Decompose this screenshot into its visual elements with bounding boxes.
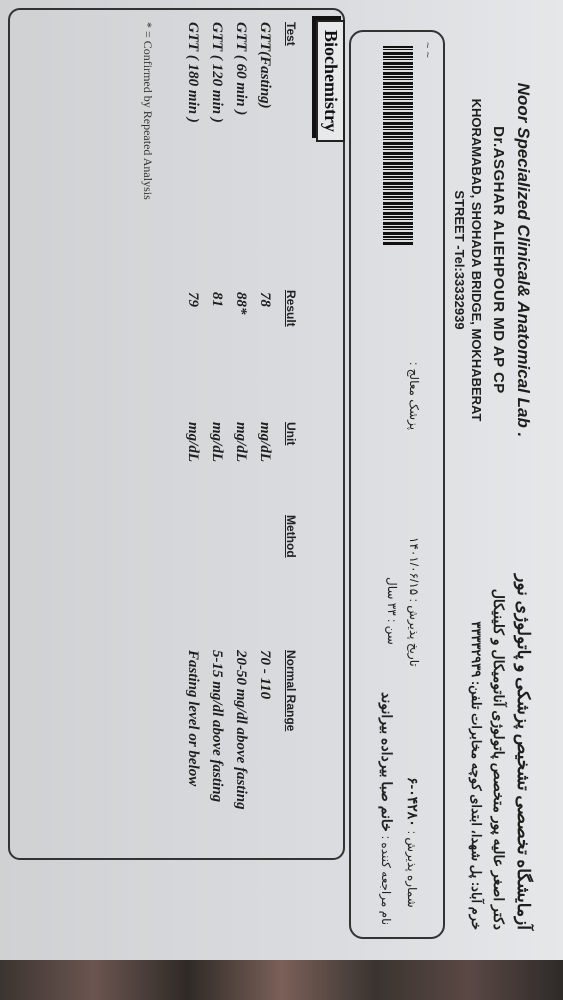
cell-result: 81 <box>208 292 225 307</box>
barcode <box>383 46 413 246</box>
age-label: سن : <box>385 619 399 645</box>
physician-label: پزشک معالج : <box>407 362 421 430</box>
reception-number-value: ۰۴۲۸۰-۶ <box>405 777 421 827</box>
section-title: Biochemistry <box>316 20 345 142</box>
lab-name-fa: آزمایشگاه تخصصی تشخیص پزشکی و پاتولوژی ن… <box>513 470 533 930</box>
column-header-test: Test <box>284 22 298 46</box>
cell-normal-range: 5-15 mg/dl above fasting <box>208 650 225 802</box>
column-header-unit: Unit <box>284 422 298 445</box>
footnote: * = Confirmed by Repeated Analysis <box>140 22 155 200</box>
patient-name-field: نام مراجعه کننده : خانم صبا بیرداده بیرا… <box>378 692 395 925</box>
handwritten-note: ~ ~ <box>421 42 433 58</box>
reception-date-label: تاریخ پذیرش : <box>407 599 421 667</box>
column-header-result: Result <box>284 290 298 327</box>
address-fa: خرم آباد: پل شهدا، ابتدای کوچه مخابرات ت… <box>468 470 484 930</box>
reception-date-value: ۱۴۰۱/۰۶/۱۵ <box>407 537 421 595</box>
cell-test: GTT ( 180 min ) <box>184 22 201 123</box>
lab-report-photo: Noor Specialized Clinical& Anatomical La… <box>0 0 563 960</box>
header-english: Noor Specialized Clinical& Anatomical La… <box>452 20 533 500</box>
cell-normal-range: 70 - 110 <box>256 650 273 699</box>
cell-result: 88* <box>232 292 249 315</box>
cell-normal-range: 20-50 mg/dl above fasting <box>232 650 249 810</box>
header-persian: آزمایشگاه تخصصی تشخیص پزشکی و پاتولوژی ن… <box>468 470 533 930</box>
doctor-name-en: Dr.ASGHAR ALIEHPOUR MD AP CP <box>490 20 507 500</box>
column-header-method: Method <box>284 515 298 558</box>
patient-name-label: نام مراجعه کننده : <box>379 836 393 925</box>
cell-unit: mg/dL <box>184 422 201 462</box>
cell-unit: mg/dL <box>232 422 249 462</box>
cell-test: GTT ( 60 min ) <box>232 22 249 115</box>
lab-report-paper: Noor Specialized Clinical& Anatomical La… <box>0 0 563 960</box>
physician-field: پزشک معالج : <box>407 362 421 430</box>
reception-number-label: شماره پذیرش : <box>405 831 419 908</box>
cell-result: 78 <box>256 292 273 307</box>
reception-number-field: شماره پذیرش : ۰۴۲۸۰-۶ <box>404 777 421 908</box>
cell-unit: mg/dL <box>256 422 273 462</box>
address-en-line1: KHORAMABAD, SHOHADA BRIDGE, MOKHABERAT <box>469 20 484 500</box>
cell-test: GTT ( 120 min ) <box>208 22 225 123</box>
doctor-name-fa: دکتر اصغر عالیه پور متخصص پاتولوژی آناتو… <box>490 470 507 930</box>
age-field: سن : ۳۳ سال <box>385 577 399 645</box>
cell-test: GTT(Fasting) <box>256 22 273 109</box>
results-box: Biochemistry Test Result Unit Method Nor… <box>8 8 345 860</box>
cell-result: 79 <box>184 292 201 307</box>
cell-unit: mg/dL <box>208 422 225 462</box>
column-header-normal-range: Normal Range <box>284 650 298 731</box>
cell-normal-range: Fasting level or below <box>184 650 201 786</box>
address-en-line2: STREET -Tel:33332939 <box>452 20 467 500</box>
patient-info-box: ~ ~ پزشک معالج : تاریخ پذیرش : ۱۴۰۱/۰۶/۱… <box>349 30 445 939</box>
lab-name-en: Noor Specialized Clinical& Anatomical La… <box>513 20 533 500</box>
age-value: ۳۳ سال <box>385 577 399 616</box>
reception-date-field: تاریخ پذیرش : ۱۴۰۱/۰۶/۱۵ <box>407 537 421 667</box>
patient-name-value: خانم صبا بیرداده بیرانوند <box>379 692 395 832</box>
